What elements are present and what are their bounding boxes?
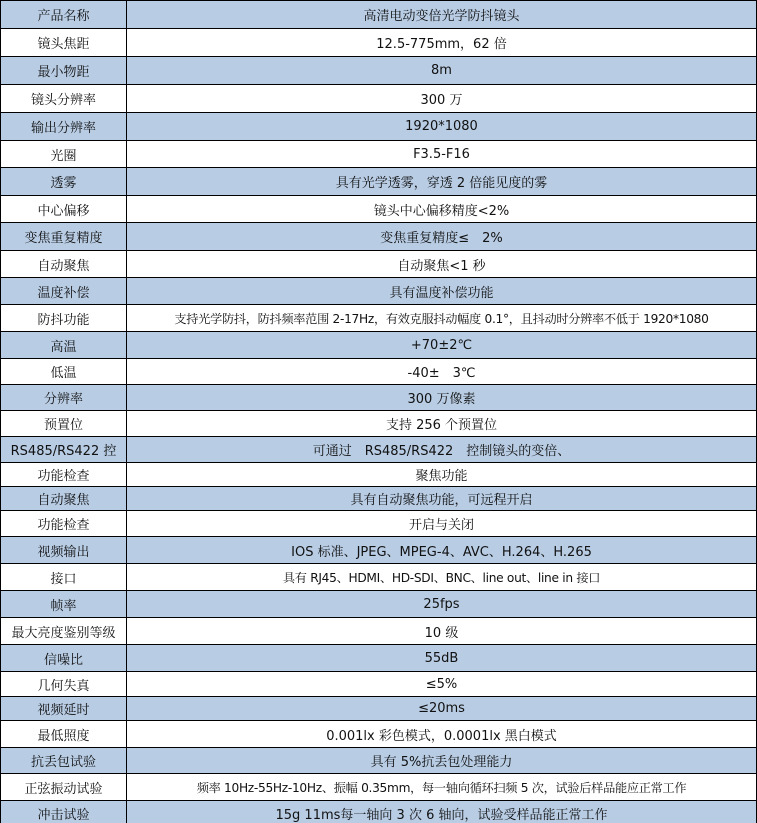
- table-row: 自动聚焦 具有自动聚焦功能，可远程开启: [1, 487, 757, 511]
- spec-label: 最小物距: [1, 57, 127, 85]
- spec-label: 视频输出: [1, 537, 127, 564]
- spec-label: 温度补偿: [1, 278, 127, 305]
- spec-label: 冲击试验: [1, 801, 127, 823]
- spec-label: 防抖功能: [1, 305, 127, 332]
- spec-label: 产品名称: [1, 1, 127, 29]
- spec-value: 0.001lx 彩色模式，0.0001lx 黑白模式: [127, 721, 757, 748]
- spec-label: 正弦振动试验: [1, 774, 127, 801]
- spec-value: 12.5-775mm，62 倍: [127, 29, 757, 57]
- table-row: 输出分辨率 1920*1080: [1, 113, 757, 141]
- spec-label: 分辨率: [1, 385, 127, 411]
- spec-label: 镜头分辨率: [1, 85, 127, 113]
- spec-value: 具有光学透雾，穿透 2 倍能见度的雾: [127, 168, 757, 196]
- table-row: 分辨率 300 万像素: [1, 385, 757, 411]
- spec-label: 最低照度: [1, 721, 127, 748]
- spec-value: 具有 RJ45、HDMI、HD-SDI、BNC、line out、line in…: [127, 564, 757, 591]
- spec-value: 55dB: [127, 645, 757, 672]
- spec-label: 光圈: [1, 141, 127, 168]
- spec-value: 25fps: [127, 591, 757, 618]
- spec-value: 镜头中心偏移精度<2%: [127, 196, 757, 223]
- table-row: 自动聚焦 自动聚焦<1 秒: [1, 251, 757, 278]
- spec-label: 几何失真: [1, 672, 127, 697]
- spec-value: 自动聚焦<1 秒: [127, 251, 757, 278]
- spec-table: 产品名称 高清电动变倍光学防抖镜头 镜头焦距 12.5-775mm，62 倍 最…: [0, 0, 757, 823]
- spec-value: 支持光学防抖，防抖频率范围 2-17Hz，有效克服抖动幅度 0.1°，且抖动时分…: [127, 305, 757, 332]
- spec-value: ≤5%: [127, 672, 757, 697]
- spec-table-body: 产品名称 高清电动变倍光学防抖镜头 镜头焦距 12.5-775mm，62 倍 最…: [1, 1, 757, 823]
- spec-value: 300 万像素: [127, 385, 757, 411]
- table-row: 视频延时 ≤20ms: [1, 697, 757, 721]
- spec-label: 镜头焦距: [1, 29, 127, 57]
- spec-label: 自动聚焦: [1, 251, 127, 278]
- table-row: RS485/RS422 控 可通过 RS485/RS422 控制镜头的变倍、: [1, 437, 757, 463]
- spec-label: 透雾: [1, 168, 127, 196]
- spec-label: 信噪比: [1, 645, 127, 672]
- spec-value: 300 万: [127, 85, 757, 113]
- table-row: 抗丢包试验 具有 5%抗丢包处理能力: [1, 748, 757, 774]
- table-row: 低温 -40± 3℃: [1, 359, 757, 385]
- spec-value: 支持 256 个预置位: [127, 411, 757, 437]
- table-row: 最小物距 8m: [1, 57, 757, 85]
- spec-label: 功能检查: [1, 511, 127, 537]
- table-row: 温度补偿 具有温度补偿功能: [1, 278, 757, 305]
- spec-value: -40± 3℃: [127, 359, 757, 385]
- table-row: 镜头分辨率 300 万: [1, 85, 757, 113]
- spec-value: 8m: [127, 57, 757, 85]
- spec-label: 抗丢包试验: [1, 748, 127, 774]
- table-row: 视频输出 IOS 标准、JPEG、MPEG-4、AVC、H.264、H.265: [1, 537, 757, 564]
- spec-label: 最大亮度鉴别等级: [1, 618, 127, 645]
- spec-value: 频率 10Hz-55Hz-10Hz、振幅 0.35mm，每一轴向循环扫频 5 次…: [127, 774, 757, 801]
- table-row: 变焦重复精度 变焦重复精度≤ 2%: [1, 223, 757, 251]
- table-row: 信噪比 55dB: [1, 645, 757, 672]
- spec-value: 可通过 RS485/RS422 控制镜头的变倍、: [127, 437, 757, 463]
- spec-label: 输出分辨率: [1, 113, 127, 141]
- spec-label: 预置位: [1, 411, 127, 437]
- spec-value: +70±2℃: [127, 332, 757, 359]
- table-row: 功能检查 开启与关闭: [1, 511, 757, 537]
- spec-label: 中心偏移: [1, 196, 127, 223]
- table-row: 产品名称 高清电动变倍光学防抖镜头: [1, 1, 757, 29]
- spec-value: 10 级: [127, 618, 757, 645]
- spec-label: 高温: [1, 332, 127, 359]
- spec-value: 具有温度补偿功能: [127, 278, 757, 305]
- spec-label: RS485/RS422 控: [1, 437, 127, 463]
- table-row: 最大亮度鉴别等级 10 级: [1, 618, 757, 645]
- spec-value: ≤20ms: [127, 697, 757, 721]
- spec-label: 自动聚焦: [1, 487, 127, 511]
- spec-label: 帧率: [1, 591, 127, 618]
- spec-value: 聚焦功能: [127, 463, 757, 487]
- table-row: 帧率 25fps: [1, 591, 757, 618]
- table-row: 最低照度 0.001lx 彩色模式，0.0001lx 黑白模式: [1, 721, 757, 748]
- spec-value: IOS 标准、JPEG、MPEG-4、AVC、H.264、H.265: [127, 537, 757, 564]
- table-row: 防抖功能 支持光学防抖，防抖频率范围 2-17Hz，有效克服抖动幅度 0.1°，…: [1, 305, 757, 332]
- spec-value: 15g 11ms每一轴向 3 次 6 轴向，试验受样品能正常工作: [127, 801, 757, 823]
- spec-label: 功能检查: [1, 463, 127, 487]
- table-row: 冲击试验 15g 11ms每一轴向 3 次 6 轴向，试验受样品能正常工作: [1, 801, 757, 823]
- spec-value: 变焦重复精度≤ 2%: [127, 223, 757, 251]
- spec-value: F3.5-F16: [127, 141, 757, 168]
- spec-value: 高清电动变倍光学防抖镜头: [127, 1, 757, 29]
- table-row: 几何失真 ≤5%: [1, 672, 757, 697]
- spec-label: 变焦重复精度: [1, 223, 127, 251]
- table-row: 功能检查 聚焦功能: [1, 463, 757, 487]
- table-row: 接口 具有 RJ45、HDMI、HD-SDI、BNC、line out、line…: [1, 564, 757, 591]
- table-row: 光圈 F3.5-F16: [1, 141, 757, 168]
- spec-label: 接口: [1, 564, 127, 591]
- spec-value: 具有 5%抗丢包处理能力: [127, 748, 757, 774]
- spec-value: 1920*1080: [127, 113, 757, 141]
- spec-label: 视频延时: [1, 697, 127, 721]
- table-row: 镜头焦距 12.5-775mm，62 倍: [1, 29, 757, 57]
- spec-value: 具有自动聚焦功能，可远程开启: [127, 487, 757, 511]
- table-row: 预置位 支持 256 个预置位: [1, 411, 757, 437]
- table-row: 中心偏移 镜头中心偏移精度<2%: [1, 196, 757, 223]
- table-row: 高温 +70±2℃: [1, 332, 757, 359]
- spec-label: 低温: [1, 359, 127, 385]
- spec-value: 开启与关闭: [127, 511, 757, 537]
- table-row: 透雾 具有光学透雾，穿透 2 倍能见度的雾: [1, 168, 757, 196]
- table-row: 正弦振动试验 频率 10Hz-55Hz-10Hz、振幅 0.35mm，每一轴向循…: [1, 774, 757, 801]
